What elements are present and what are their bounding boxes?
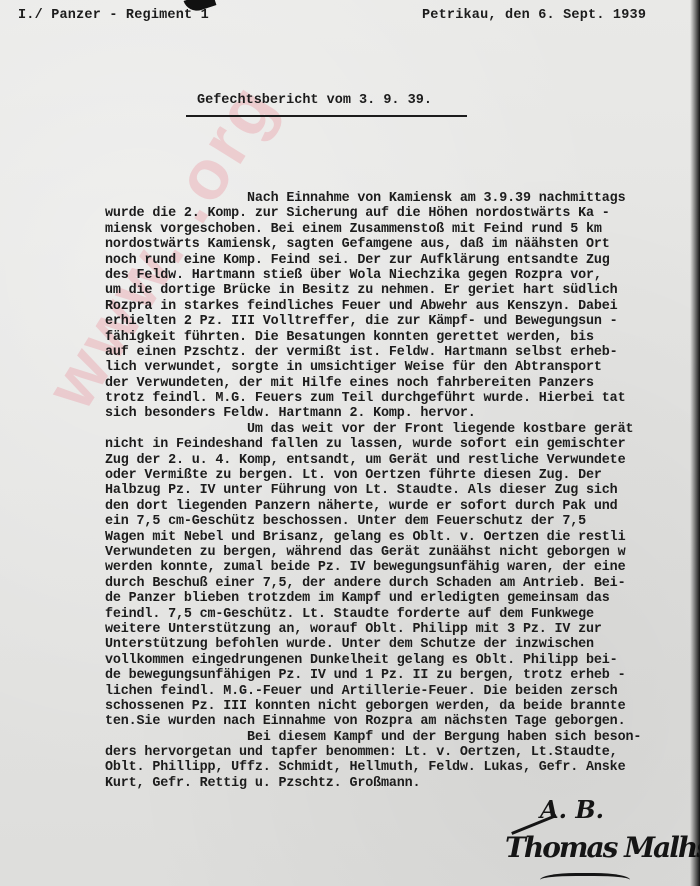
text-line: wurde die 2. Komp. zur Sicherung auf die… xyxy=(105,206,700,221)
text-line: des Feldw. Hartmann stieß über Wola Niec… xyxy=(105,268,700,283)
signature-tail xyxy=(540,873,630,886)
report-body: Nach Einnahme von Kamiensk am 3.9.39 nac… xyxy=(105,191,700,791)
signature-initials: A. B. xyxy=(540,795,604,824)
text-line: ders hervorgetan und tapfer benommen: Lt… xyxy=(105,745,700,760)
report-title: Gefechtsbericht vom 3. 9. 39. xyxy=(197,93,432,108)
text-line: vollkommen eingedrungenen Dunkelheit gel… xyxy=(105,653,700,668)
title-underline xyxy=(186,115,467,117)
text-line: erhielten 2 Pz. III Volltreffer, die zur… xyxy=(105,314,700,329)
text-line: schossenen Pz. III konnten nicht geborge… xyxy=(105,699,700,714)
text-line: oder Vermißte zu bergen. Lt. von Oertzen… xyxy=(105,468,700,483)
page-edge-shadow xyxy=(690,0,700,886)
text-line: nordostwärts Kamiensk, sagten Gefamgene … xyxy=(105,237,700,252)
text-line: Unterstützung befohlen wurde. Unter dem … xyxy=(105,637,700,652)
text-line: lich verwundet, sorgte in umsichtiger We… xyxy=(105,360,700,375)
signature-name: Thomas Malhson xyxy=(505,831,700,864)
unit-heading: I./ Panzer - Regiment 1 xyxy=(18,8,209,23)
text-line: Um das weit vor der Front liegende kostb… xyxy=(105,422,700,437)
text-line: feindl. 7,5 cm-Geschütz. Lt. Staudte for… xyxy=(105,607,700,622)
text-line: Nach Einnahme von Kamiensk am 3.9.39 nac… xyxy=(105,191,700,206)
text-line: Bei diesem Kampf und der Bergung haben s… xyxy=(105,730,700,745)
text-line: den dort liegenden Panzern näherte, wurd… xyxy=(105,499,700,514)
text-line: Oblt. Phillipp, Uffz. Schmidt, Hellmuth,… xyxy=(105,760,700,775)
text-line: de Panzer blieben trotzdem im Kampf und … xyxy=(105,591,700,606)
text-line: Verwundeten zu bergen, während das Gerät… xyxy=(105,545,700,560)
text-line: werden konnte, zumal beide Pz. IV bewegu… xyxy=(105,560,700,575)
place-date: Petrikau, den 6. Sept. 1939 xyxy=(422,8,646,23)
text-line: Rozpra in starkes feindliches Feuer und … xyxy=(105,299,700,314)
text-line: ein 7,5 cm-Geschütz beschossen. Unter de… xyxy=(105,514,700,529)
text-line: um die dortige Brücke in Besitz zu nehme… xyxy=(105,283,700,298)
text-line: trotz feindl. M.G. Feuers zum Teil durch… xyxy=(105,391,700,406)
text-line: fähigkeit führten. Die Besatungen konnte… xyxy=(105,330,700,345)
text-line: Wagen mit Nebel und Brisanz, gelang es O… xyxy=(105,530,700,545)
text-line: durch Beschuß einer 7,5, der andere durc… xyxy=(105,576,700,591)
text-line: weitere Unterstützung an, worauf Oblt. P… xyxy=(105,622,700,637)
text-line: Halbzug Pz. IV unter Führung von Lt. Sta… xyxy=(105,483,700,498)
text-line: Kurt, Gefr. Rettig u. Pzschtz. Großmann. xyxy=(105,776,700,791)
signature-block: A. B. Thomas Malhson xyxy=(500,795,700,886)
text-line: der Verwundeten, der mit Hilfe eines noc… xyxy=(105,376,700,391)
text-line: noch rund eine Komp. Feind sei. Der zur … xyxy=(105,253,700,268)
text-line: Zug der 2. u. 4. Komp, entsandt, um Gerä… xyxy=(105,453,700,468)
text-line: nicht in Feindeshand fallen zu lassen, w… xyxy=(105,437,700,452)
document-page: www. .org I./ Panzer - Regiment 1 Petrik… xyxy=(0,0,700,886)
text-line: sich besonders Feldw. Hartmann 2. Komp. … xyxy=(105,406,700,421)
text-line: auf einen Pzschtz. der vermißt ist. Feld… xyxy=(105,345,700,360)
text-line: de bewegungsunfähigen Pz. IV und 1 Pz. I… xyxy=(105,668,700,683)
text-line: miensk vorgeschoben. Bei einem Zusammens… xyxy=(105,222,700,237)
text-line: ten.Sie wurden nach Einnahme von Rozpra … xyxy=(105,714,700,729)
text-line: lichen feindl. M.G.-Feuer und Artillerie… xyxy=(105,684,700,699)
